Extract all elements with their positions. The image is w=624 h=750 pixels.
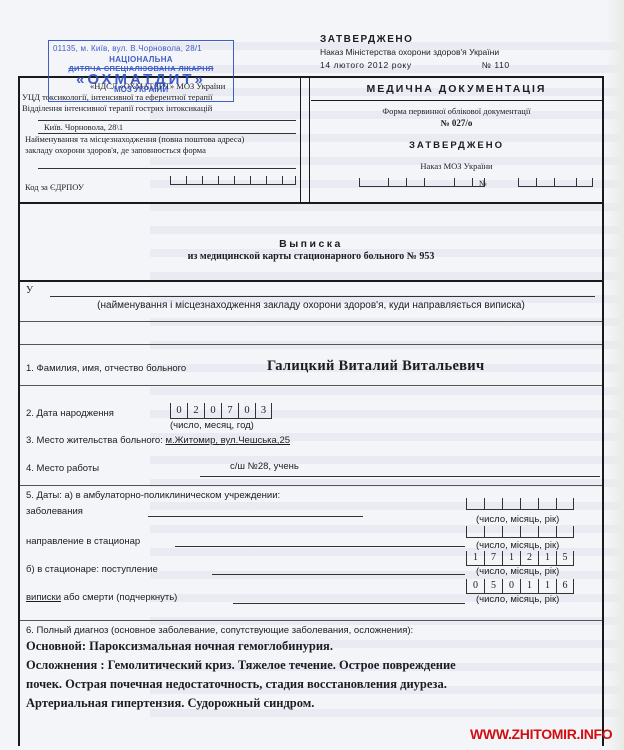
dob-digit: 0 (170, 403, 187, 418)
dob-digit: 7 (221, 403, 238, 418)
admission-digit: 5 (556, 551, 574, 565)
rule (20, 321, 602, 322)
patient-name-label: 1. Фамилия, имя, отчество больного (26, 363, 186, 374)
admission-date-field[interactable] (212, 574, 465, 575)
work-label: 4. Место работы (26, 463, 99, 474)
institution-line: Відділення інтенсивної терапії гострих і… (22, 103, 212, 113)
divider (20, 202, 602, 204)
dob-label: 2. Дата народження (26, 408, 114, 419)
order-date-boxes[interactable] (359, 178, 485, 187)
form-name: Форма первинної облікової документації (311, 106, 602, 116)
referral-date-field[interactable] (175, 546, 465, 547)
date-caption: (число, місяць, рік) (476, 514, 559, 525)
form-number: № 027/о (311, 118, 602, 128)
diagnosis-label: 6. Полный диагноз (основное заболевание,… (26, 625, 413, 636)
edrpou-label: Код за ЄДРПОУ (25, 182, 84, 192)
hospital-stamp: 01135, м. Київ, вул. В.Чорновола, 28/1 Н… (48, 40, 234, 102)
date-caption: (число, місяць, рік) (476, 566, 559, 577)
disease-date-field[interactable] (148, 516, 363, 517)
discharge-label-rest: або смерти (подчеркнуть) (61, 592, 177, 603)
date-caption: (число, місяць, рік) (476, 594, 559, 605)
admission-digit: 7 (484, 551, 502, 565)
column-gap (301, 78, 310, 202)
dob-digit: 0 (204, 403, 221, 418)
extract-heading: Выписка из медицинской карты стационарно… (20, 238, 602, 262)
discharge-date-label: виписки або смерти (подчеркнуть) (26, 592, 177, 603)
approved-date-line: 14 лютого 2012 року№ 110 (320, 60, 510, 70)
edrpou-code-boxes[interactable] (170, 176, 296, 185)
diagnosis-line: почек. Острая почечная недостаточность, … (26, 677, 447, 692)
rule (20, 620, 602, 621)
rule (20, 344, 602, 345)
rule (20, 385, 602, 386)
form-027-box: «НДСЛ «ОХМАТДИТ» МОЗ України УЦД токсико… (18, 76, 604, 746)
recipient-field[interactable] (50, 296, 595, 297)
stamp-address: 01135, м. Київ, вул. В.Чорновола, 28/1 (49, 44, 233, 53)
discharge-digit: 6 (556, 579, 574, 593)
admission-digit: 1 (538, 551, 556, 565)
work-field-rule (200, 476, 600, 477)
institution-address: Київ. Чорновола, 28\1 (44, 122, 123, 132)
stamp-line: НАЦІОНАЛЬНА (49, 55, 233, 64)
discharge-digit: 0 (466, 579, 484, 593)
recipient-caption: (найменування і місцезнаходження закладу… (20, 300, 602, 311)
admission-digit: 1 (466, 551, 484, 565)
dob-digit: 0 (238, 403, 255, 418)
discharge-digit: 1 (538, 579, 556, 593)
approved-number: № 110 (482, 60, 510, 70)
discharge-date-boxes[interactable]: 0 5 0 1 1 6 (466, 579, 574, 594)
moz-order: Наказ МОЗ України (311, 161, 602, 171)
approved-title: ЗАТВЕРДЖЕНО (320, 34, 510, 45)
institution-caption-2: закладу охорони здоров'я, де заповнюєтьс… (25, 145, 206, 156)
diagnosis-line: Артериальная гипертензия. Судорожный син… (26, 696, 314, 711)
dob-caption: (число, месяц, год) (170, 420, 254, 431)
diagnosis-line: Основной: Пароксизмальная ночная гемогло… (26, 639, 333, 654)
order-number-boxes[interactable] (518, 178, 593, 187)
date-caption: (число, місяць, рік) (476, 540, 559, 551)
disease-date-label: заболевания (26, 506, 83, 517)
diagnosis-line: Осложнения : Гемолитический криз. Тяжело… (26, 658, 456, 673)
residence-value[interactable]: м.Житомир, вул.Чешська,25 (165, 435, 290, 446)
admission-digit: 1 (502, 551, 520, 565)
patient-name-value[interactable]: Галицкий Виталий Витальевич (267, 358, 484, 375)
admission-date-label: б) в стационаре: поступление (26, 564, 158, 575)
dates-section-label: 5. Даты: а) в амбулаторно-поликлиническо… (26, 490, 280, 501)
site-watermark: WWW.ZHITOMIR.INFO (470, 726, 612, 742)
dob-digit: 3 (255, 403, 272, 418)
rule (38, 168, 296, 169)
page-edge (606, 0, 624, 750)
rule (20, 485, 602, 486)
rule (38, 120, 296, 121)
referral-date-boxes[interactable] (466, 526, 574, 538)
discharge-underlined-word: виписки (26, 592, 61, 603)
recipient-prefix: У (26, 285, 33, 296)
discharge-digit: 0 (502, 579, 520, 593)
order-number-sign: № (479, 179, 487, 188)
extract-subtitle: из медицинской карты стационарного больн… (20, 251, 602, 262)
work-value[interactable]: с/ш №28, учень (230, 461, 299, 472)
dob-digit: 2 (187, 403, 204, 418)
dob-boxes[interactable]: 0 2 0 7 0 3 (170, 403, 272, 419)
divider (20, 280, 602, 282)
approved-date: 14 лютого 2012 року (320, 60, 412, 70)
discharge-date-field[interactable] (233, 603, 465, 604)
medical-documentation-title: МЕДИЧНА ДОКУМЕНТАЦІЯ (311, 78, 602, 101)
admission-digit: 2 (520, 551, 538, 565)
admission-date-boxes[interactable]: 1 7 1 2 1 5 (466, 551, 574, 566)
approval-header: ЗАТВЕРДЖЕНО Наказ Міністерства охорони з… (320, 34, 510, 70)
extract-title: Выписка (20, 238, 602, 250)
disease-date-boxes[interactable] (466, 498, 574, 510)
residence-label: 3. Место жительства больного: (26, 435, 163, 446)
form-info-block: МЕДИЧНА ДОКУМЕНТАЦІЯ Форма первинної обл… (311, 78, 602, 202)
residence-line: 3. Место жительства больного: м.Житомир,… (26, 435, 290, 446)
approved-title-2: ЗАТВЕРДЖЕНО (311, 140, 602, 151)
institution-caption-1: Найменування та місцезнаходження (повна … (25, 134, 244, 145)
discharge-digit: 5 (484, 579, 502, 593)
approved-order: Наказ Міністерства охорони здоров'я Укра… (320, 47, 510, 57)
discharge-digit: 1 (520, 579, 538, 593)
referral-date-label: направление в стационар (26, 536, 140, 547)
